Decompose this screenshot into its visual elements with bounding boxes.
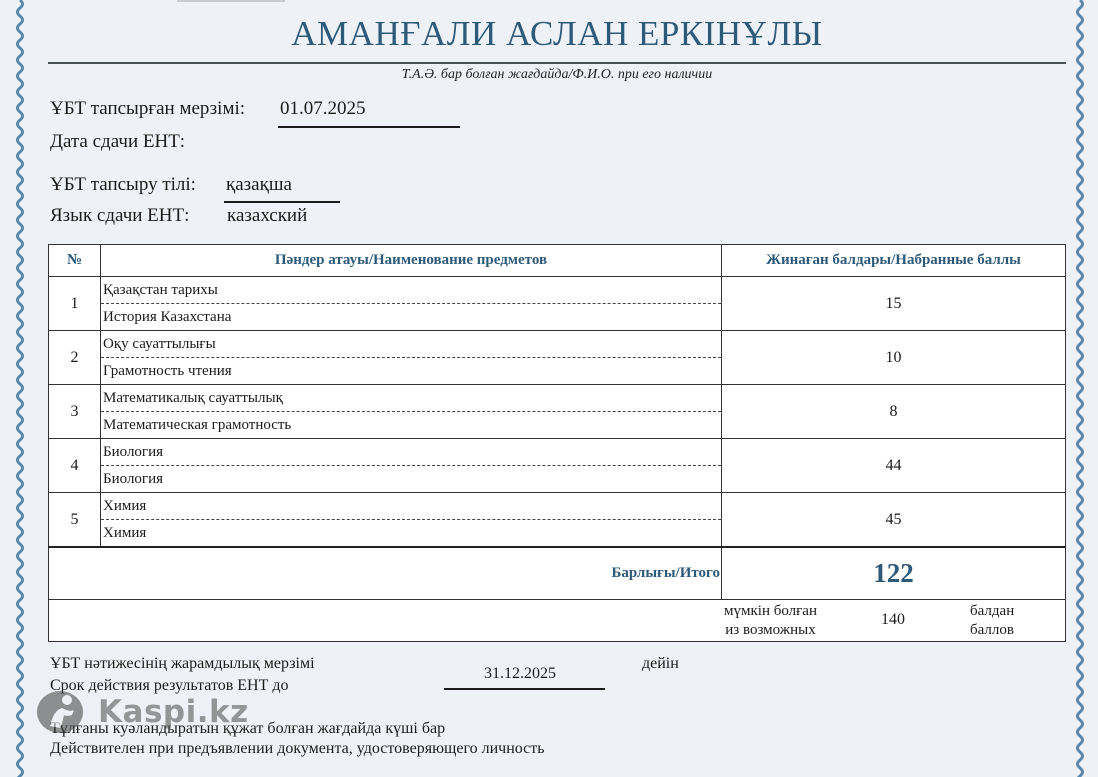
header-number: №	[49, 245, 101, 277]
kaspi-logo-icon	[36, 690, 84, 734]
row-number: 1	[49, 277, 101, 331]
max-unit-ru: баллов	[970, 621, 1014, 640]
row-subject: Химия Химия	[101, 493, 722, 548]
total-row: Барлығы/Итого 122	[49, 547, 1066, 600]
validity-note-ru: Действителен при предъявлении документа,…	[50, 740, 545, 758]
row-score: 44	[722, 439, 1066, 493]
validity-label-kz: ҰБТ нәтижесінің жарамдылық мерзімі	[50, 655, 315, 673]
row-number: 3	[49, 385, 101, 439]
row-number: 5	[49, 493, 101, 548]
row-score: 10	[722, 331, 1066, 385]
decorative-border-right	[1074, 0, 1086, 777]
max-label: мүмкін болған из возможных	[724, 602, 817, 640]
header-score: Жинаған балдары/Набранные баллы	[722, 245, 1066, 277]
language-value-ru: казахский	[227, 205, 307, 227]
row-number: 4	[49, 439, 101, 493]
scores-table: № Пәндер атауы/Наименование предметов Жи…	[48, 244, 1066, 642]
name-underline	[48, 62, 1066, 64]
total-label: Барлығы/Итого	[49, 547, 722, 600]
max-label-ru: из возможных	[724, 621, 817, 640]
max-label-kz: мүмкін болған	[724, 602, 817, 621]
table-row: 1 Қазақстан тарихы История Казахстана 15	[49, 277, 1066, 331]
test-date-label-ru: Дата сдачи ЕНТ:	[50, 131, 185, 153]
validity-suffix-kz: дейін	[642, 655, 679, 673]
row-number: 2	[49, 331, 101, 385]
subject-name-ru: Математическая грамотность	[101, 412, 721, 438]
row-subject: Қазақстан тарихы История Казахстана	[101, 277, 722, 331]
subject-name-kz: Химия	[101, 493, 721, 520]
validity-date: 31.12.2025	[484, 665, 556, 683]
max-unit-kz: балдан	[970, 602, 1014, 621]
name-caption: Т.А.Ә. бар болған жағдайда/Ф.И.О. при ег…	[48, 67, 1066, 83]
row-score: 15	[722, 277, 1066, 331]
language-label-kz: ҰБТ тапсыру тілі:	[50, 174, 196, 196]
subject-name-ru: Биология	[101, 466, 721, 492]
full-name: АМАНҒАЛИ АСЛАН ЕРКІНҰЛЫ	[48, 14, 1066, 54]
table-row: 5 Химия Химия 45	[49, 493, 1066, 548]
header-subject: Пәндер атауы/Наименование предметов	[101, 245, 722, 277]
subject-name-ru: Грамотность чтения	[101, 358, 721, 384]
kaspi-watermark-text: Kaspi.kz	[98, 694, 249, 730]
row-subject: Биология Биология	[101, 439, 722, 493]
language-value-kz: қазақша	[226, 174, 292, 196]
table-header-row: № Пәндер атауы/Наименование предметов Жи…	[49, 245, 1066, 277]
max-score-value: 140	[881, 611, 905, 629]
kaspi-watermark: Kaspi.kz	[36, 690, 249, 734]
test-date-underline	[278, 126, 460, 128]
top-edge-mark	[177, 0, 285, 2]
validity-date-underline	[444, 688, 605, 690]
row-score: 45	[722, 493, 1066, 548]
decorative-border-left	[14, 0, 26, 777]
total-score: 122	[722, 547, 1066, 600]
subject-name-ru: Химия	[101, 520, 721, 546]
subject-name-kz: Математикалық сауаттылық	[101, 385, 721, 412]
subject-name-kz: Биология	[101, 439, 721, 466]
language-label-ru: Язык сдачи ЕНТ:	[50, 205, 189, 227]
max-unit: балдан баллов	[970, 602, 1014, 640]
subject-name-kz: Оқу сауаттылығы	[101, 331, 721, 358]
table-row: 4 Биология Биология 44	[49, 439, 1066, 493]
row-score: 8	[722, 385, 1066, 439]
table-row: 3 Математикалық сауаттылық Математическа…	[49, 385, 1066, 439]
row-subject: Оқу сауаттылығы Грамотность чтения	[101, 331, 722, 385]
row-subject: Математикалық сауаттылық Математическая …	[101, 385, 722, 439]
test-date-value: 01.07.2025	[280, 98, 366, 120]
language-underline	[224, 201, 340, 203]
max-score-cell: мүмкін болған из возможных 140 балдан ба…	[49, 600, 1066, 642]
table-row: 2 Оқу сауаттылығы Грамотность чтения 10	[49, 331, 1066, 385]
subject-name-kz: Қазақстан тарихы	[101, 277, 721, 304]
max-score-row: мүмкін болған из возможных 140 балдан ба…	[49, 600, 1066, 642]
test-date-label-kz: ҰБТ тапсырған мерзімі:	[50, 98, 245, 120]
subject-name-ru: История Казахстана	[101, 304, 721, 330]
